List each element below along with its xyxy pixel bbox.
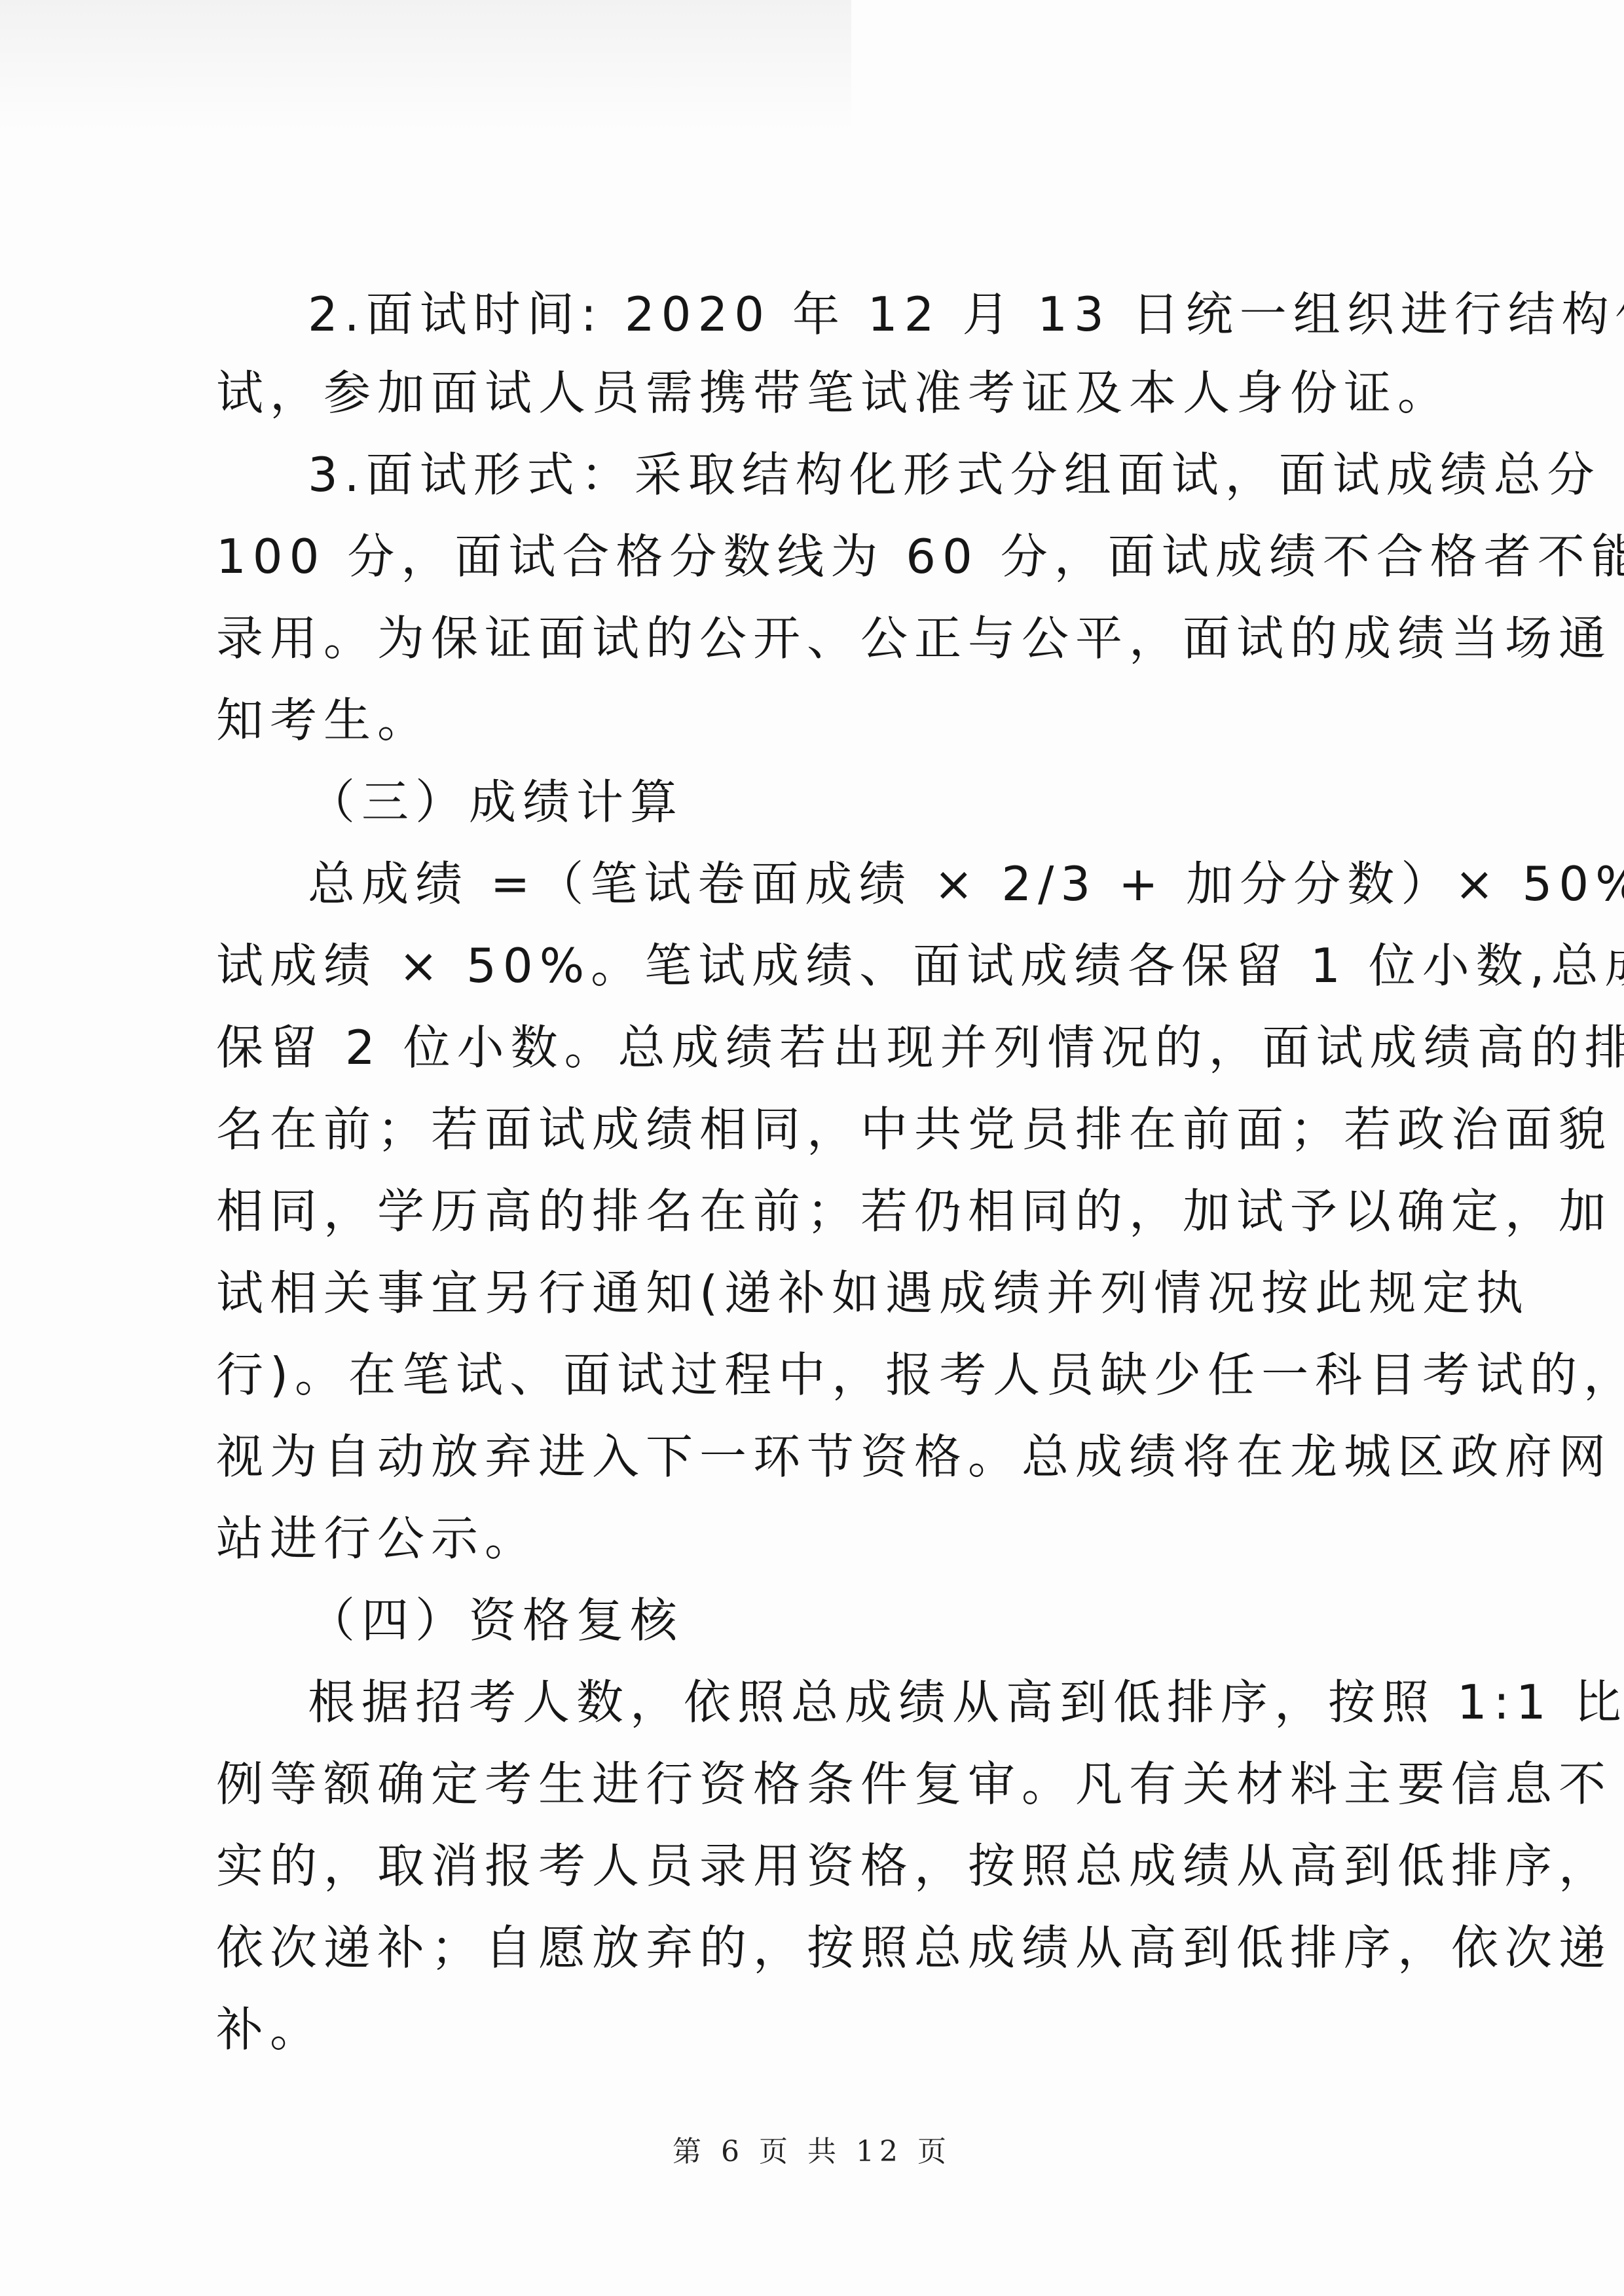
text-line: 实的，取消报考人员录用资格，按照总成绩从高到低排序， [216, 1836, 1612, 1895]
text-line: 站进行公示。 [216, 1509, 538, 1568]
text-line: 依次递补；自愿放弃的，按照总成绩从高到低排序，依次递 [216, 1918, 1612, 1977]
text-line: 行)。在笔试、面试过程中，报考人员缺少任一科目考试的， [216, 1345, 1624, 1404]
section-heading: （四）资格复核 [308, 1591, 684, 1650]
text-line: 保留 2 位小数。总成绩若出现并列情况的，面试成绩高的排 [216, 1018, 1624, 1077]
text-line: 试成绩 × 50%。笔试成绩、面试成绩各保留 1 位小数,总成绩 [216, 936, 1624, 995]
text-line: 总成绩 =（笔试卷面成绩 × 2/3 + 加分分数）× 50% + 面 [308, 854, 1624, 913]
text-line: 例等额确定考生进行资格条件复审。凡有关材料主要信息不 [216, 1755, 1612, 1813]
text-line: 视为自动放弃进入下一环节资格。总成绩将在龙城区政府网 [216, 1427, 1612, 1486]
text-line: 100 分，面试合格分数线为 60 分，面试成绩不合格者不能 [216, 527, 1624, 586]
text-line: 3.面试形式：采取结构化形式分组面试，面试成绩总分 [308, 445, 1601, 504]
text-line: 2.面试时间: 2020 年 12 月 13 日统一组织进行结构化面 [308, 285, 1624, 344]
text-line: 补。 [216, 2000, 323, 2059]
text-line: 相同，学历高的排名在前；若仍相同的，加试予以确定，加 [216, 1182, 1612, 1241]
section-heading: （三）成绩计算 [308, 773, 684, 831]
text-line: 名在前；若面试成绩相同，中共党员排在前面；若政治面貌 [216, 1100, 1612, 1159]
text-line: 试相关事宜另行通知(递补如遇成绩并列情况按此规定执 [216, 1264, 1530, 1322]
text-line: 试，参加面试人员需携带笔试准考证及本人身份证。 [216, 363, 1451, 422]
text-line: 根据招考人数，依照总成绩从高到低排序，按照 1:1 比 [308, 1673, 1624, 1732]
page-number: 第 6 页 共 12 页 [0, 2128, 1624, 2170]
scan-shadow [0, 0, 851, 131]
text-line: 录用。为保证面试的公开、公正与公平，面试的成绩当场通 [216, 609, 1612, 668]
text-line: 知考生。 [216, 691, 431, 750]
